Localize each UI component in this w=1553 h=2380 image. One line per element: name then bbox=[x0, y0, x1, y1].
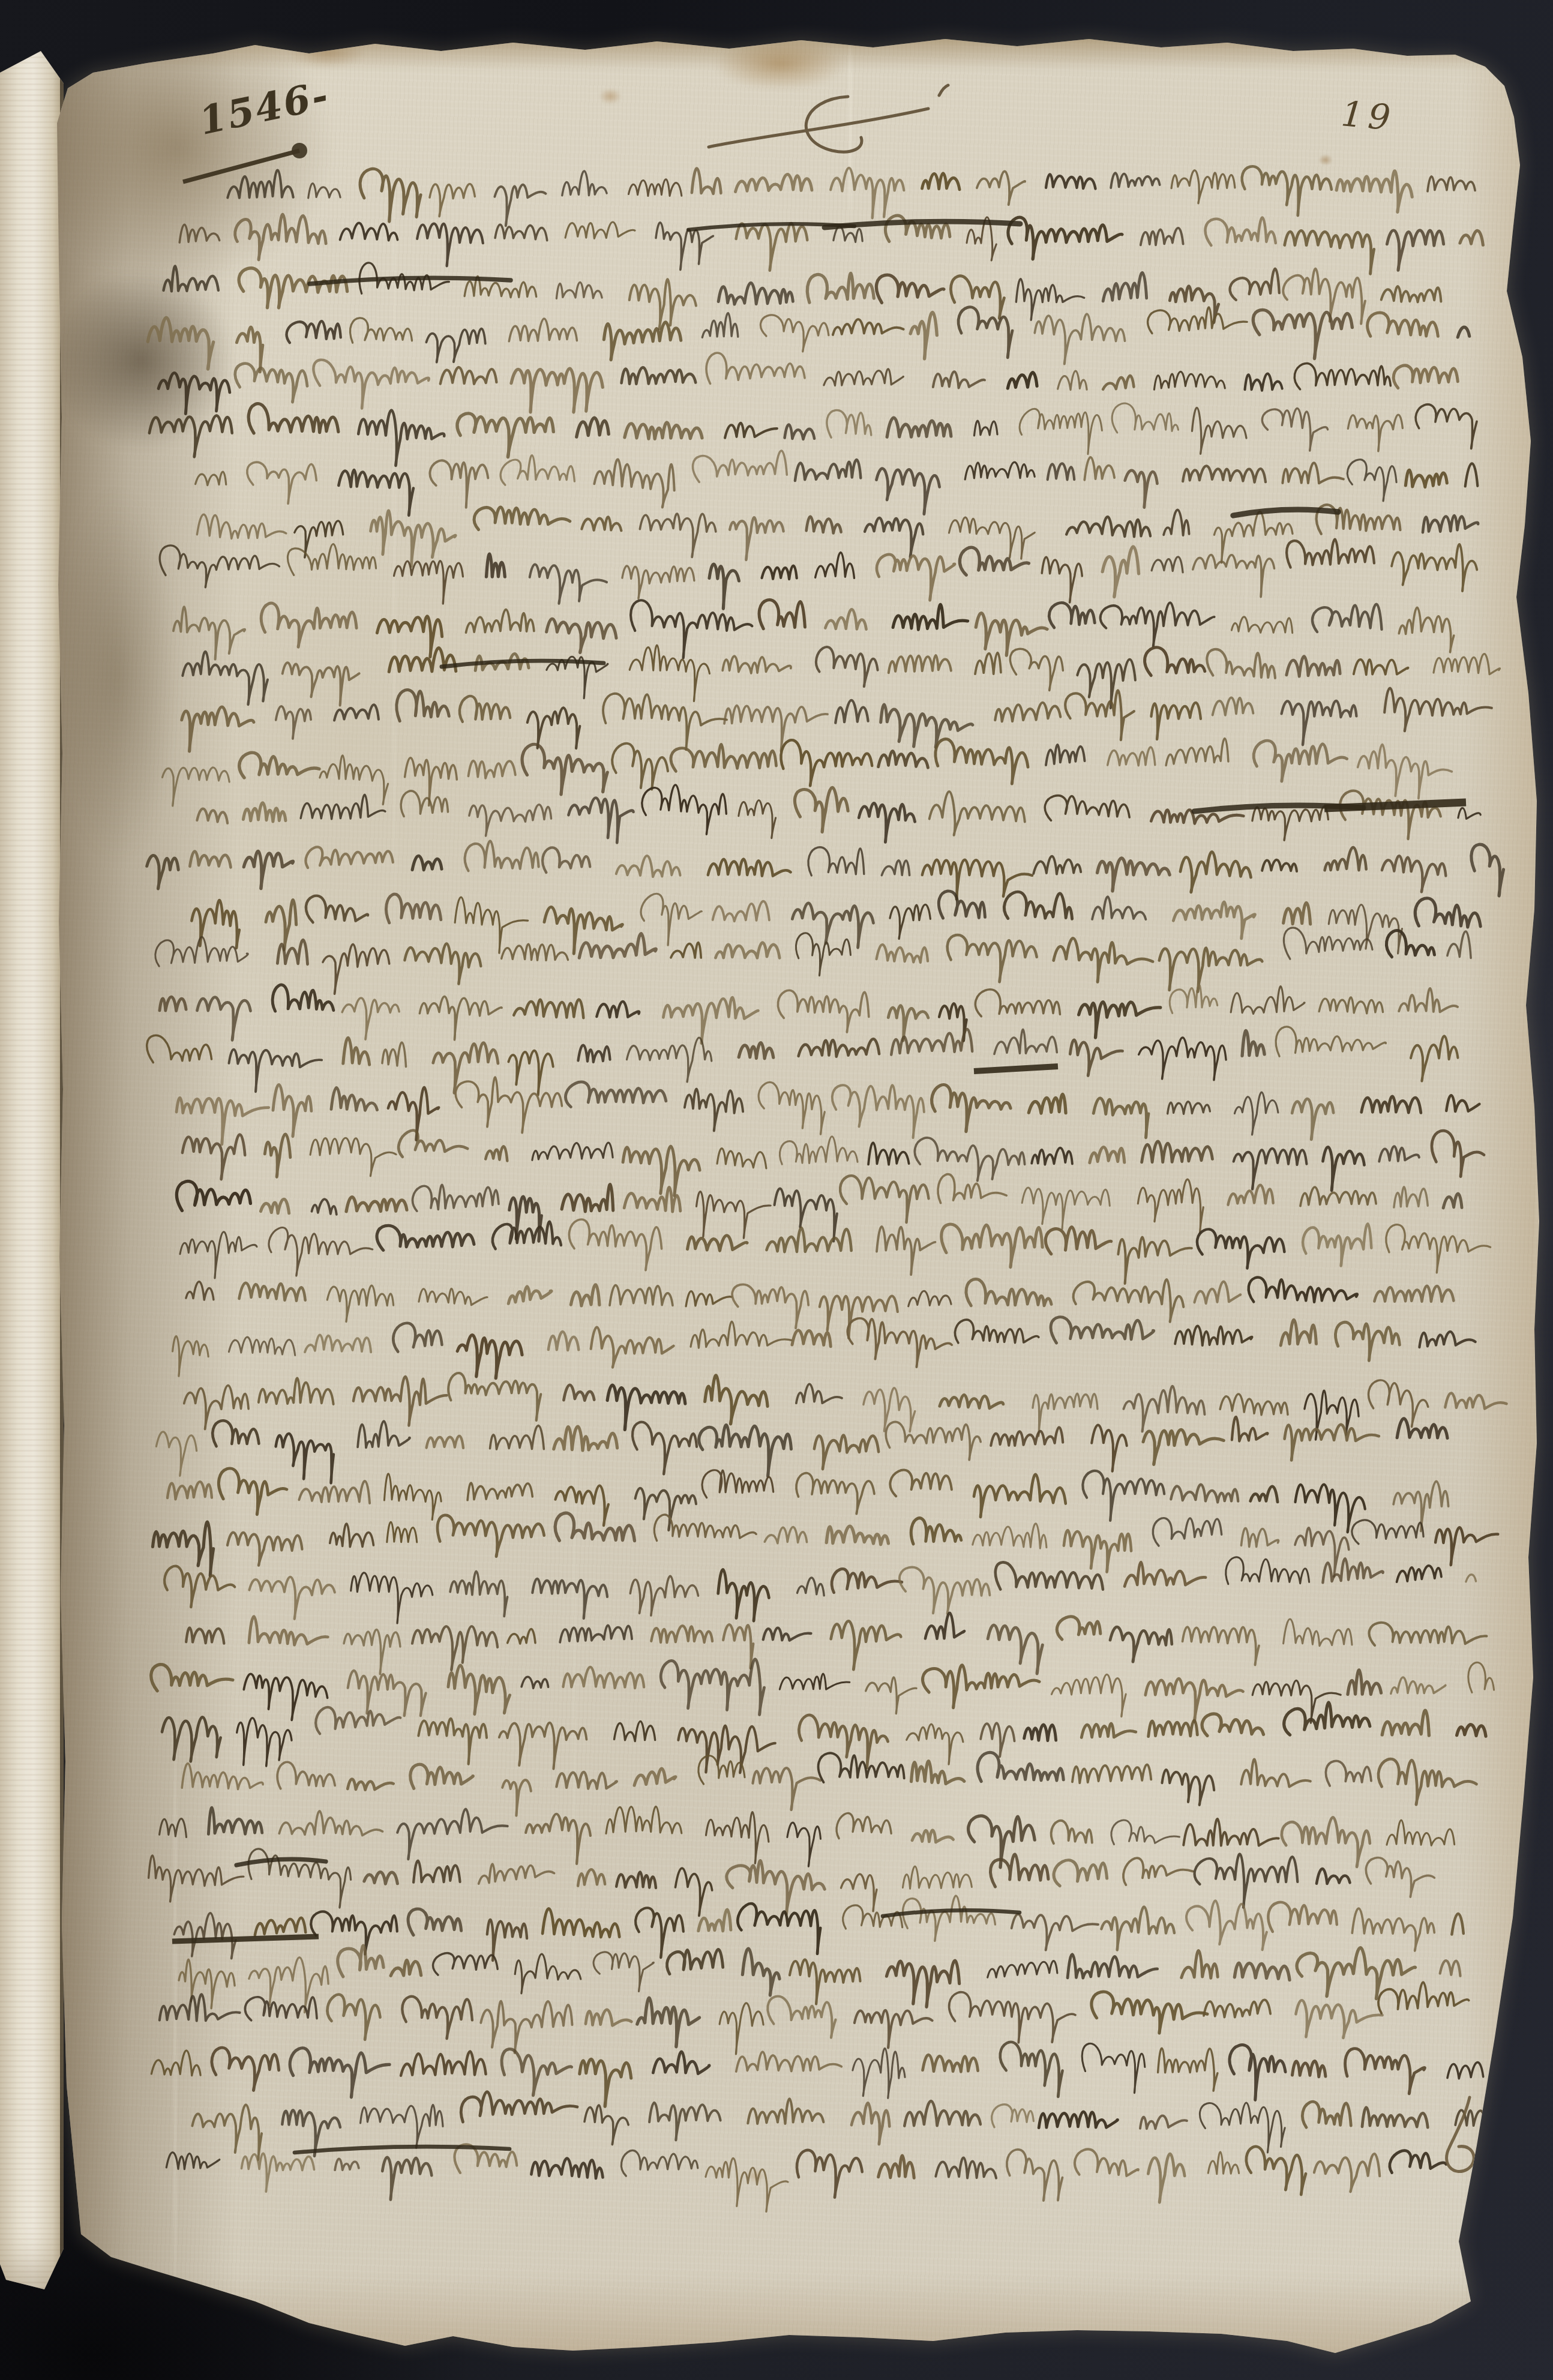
ink-stroke bbox=[586, 2010, 631, 2025]
ink-stroke bbox=[460, 696, 510, 722]
ink-stroke bbox=[718, 1569, 769, 1620]
ink-stroke bbox=[183, 151, 299, 182]
ink-stroke bbox=[1348, 415, 1402, 451]
ink-stroke bbox=[877, 469, 940, 514]
ink-stroke bbox=[760, 315, 828, 352]
ink-stroke bbox=[692, 451, 787, 482]
ink-stroke bbox=[1180, 852, 1251, 892]
ink-stroke bbox=[174, 1913, 236, 1959]
ink-stroke bbox=[1241, 1759, 1310, 1787]
ink-stroke bbox=[1046, 175, 1095, 189]
ink-stroke bbox=[584, 2105, 628, 2145]
ink-stroke bbox=[1010, 649, 1063, 690]
ink-stroke bbox=[641, 894, 701, 945]
ink-stroke bbox=[387, 1522, 417, 1542]
ink-stroke bbox=[1083, 1471, 1164, 1521]
ink-stroke bbox=[1173, 902, 1255, 939]
ink-stroke bbox=[330, 1524, 374, 1546]
ink-stroke bbox=[1058, 371, 1087, 390]
ink-stroke bbox=[565, 222, 635, 238]
ink-stroke bbox=[565, 1082, 665, 1107]
ink-stroke bbox=[182, 1764, 263, 1790]
ink-stroke bbox=[936, 739, 1028, 784]
ink-stroke bbox=[688, 1236, 747, 1251]
ink-stroke bbox=[1066, 517, 1150, 536]
ink-stroke bbox=[1154, 371, 1225, 389]
ink-stroke bbox=[334, 705, 379, 720]
ink-stroke bbox=[1197, 1229, 1284, 1268]
manuscript-page-wrap: 1546- 19 bbox=[57, 33, 1539, 2367]
ink-stroke bbox=[1345, 2049, 1425, 2094]
ink-stroke bbox=[310, 1138, 396, 1176]
ink-stroke bbox=[925, 1613, 964, 1639]
ink-stroke bbox=[736, 2052, 842, 2072]
ink-stroke bbox=[1324, 802, 1466, 808]
ink-stroke bbox=[785, 425, 815, 439]
ink-stroke bbox=[1075, 2150, 1138, 2176]
ink-stroke bbox=[1384, 688, 1492, 732]
ink-stroke bbox=[514, 1000, 583, 1018]
ink-stroke bbox=[455, 897, 528, 953]
ink-stroke bbox=[852, 2103, 889, 2144]
ink-stroke bbox=[149, 1856, 244, 1902]
ink-stroke bbox=[1325, 847, 1366, 870]
ink-stroke bbox=[888, 1006, 928, 1041]
ink-stroke bbox=[808, 847, 864, 876]
ink-stroke bbox=[1358, 745, 1452, 799]
ink-stroke bbox=[847, 1318, 952, 1367]
ink-stroke bbox=[676, 1868, 712, 1916]
ink-stroke bbox=[1443, 1194, 1462, 1208]
ink-stroke bbox=[273, 1084, 311, 1136]
ink-stroke bbox=[299, 1481, 370, 1503]
ink-stroke bbox=[1445, 1393, 1506, 1408]
ink-stroke bbox=[1411, 1036, 1458, 1081]
ink-stroke bbox=[1033, 856, 1081, 874]
ink-stroke bbox=[893, 604, 968, 630]
ink-stroke bbox=[522, 744, 607, 795]
ink-stroke bbox=[1415, 898, 1480, 927]
ink-stroke bbox=[235, 214, 326, 260]
ink-stroke bbox=[495, 224, 547, 240]
ink-stroke bbox=[799, 1715, 888, 1768]
ink-stroke bbox=[606, 1806, 682, 1833]
ink-stroke bbox=[1287, 657, 1340, 676]
ink-stroke bbox=[208, 1808, 262, 1834]
ink-stroke bbox=[1419, 1332, 1475, 1347]
ink-stroke bbox=[1381, 286, 1441, 302]
ink-stroke bbox=[629, 645, 709, 701]
ink-stroke bbox=[397, 690, 449, 721]
ink-stroke bbox=[182, 1135, 245, 1179]
ink-stroke bbox=[807, 517, 841, 533]
ink-stroke bbox=[578, 1045, 610, 1062]
ink-stroke bbox=[1108, 747, 1155, 766]
ink-stroke bbox=[499, 1723, 587, 1769]
ink-stroke bbox=[938, 1174, 1006, 1203]
ink-stroke bbox=[632, 1422, 697, 1474]
ink-stroke bbox=[798, 1578, 825, 1596]
ink-stroke bbox=[433, 1043, 498, 1093]
ink-stroke bbox=[912, 1761, 964, 1784]
ink-stroke bbox=[182, 652, 268, 705]
ink-stroke bbox=[1202, 1714, 1263, 1735]
ink-stroke bbox=[882, 861, 909, 876]
ink-stroke bbox=[1068, 1955, 1158, 1979]
ink-stroke bbox=[1145, 648, 1205, 676]
ink-stroke bbox=[1293, 2061, 1326, 2076]
ink-stroke bbox=[1440, 1961, 1461, 1976]
ink-stroke bbox=[172, 1937, 319, 1941]
ink-stroke bbox=[327, 1995, 380, 2040]
ink-stroke bbox=[702, 1470, 773, 1498]
ink-stroke bbox=[1312, 604, 1381, 632]
ink-stroke bbox=[603, 694, 727, 750]
ink-stroke bbox=[1268, 1902, 1336, 1932]
ink-stroke bbox=[287, 321, 341, 343]
ink-stroke bbox=[922, 173, 960, 190]
ink-stroke bbox=[995, 703, 1060, 721]
ink-stroke bbox=[358, 1421, 410, 1447]
ink-stroke bbox=[796, 933, 850, 976]
ink-stroke bbox=[386, 894, 440, 923]
ink-stroke bbox=[763, 1628, 811, 1641]
ink-stroke bbox=[1300, 1187, 1376, 1206]
ink-stroke bbox=[388, 1087, 439, 1140]
ink-stroke bbox=[1032, 1148, 1072, 1165]
ink-stroke bbox=[249, 1617, 328, 1645]
ink-stroke bbox=[727, 1860, 825, 1914]
ink-stroke bbox=[1101, 603, 1215, 646]
ink-stroke bbox=[716, 943, 780, 958]
ink-stroke bbox=[1065, 690, 1134, 740]
ink-stroke bbox=[1292, 1099, 1333, 1140]
ink-stroke bbox=[1276, 1027, 1386, 1056]
ink-stroke bbox=[1192, 407, 1247, 454]
ink-stroke bbox=[1186, 1901, 1267, 1950]
ink-stroke bbox=[1125, 1562, 1206, 1586]
ink-stroke bbox=[1254, 741, 1347, 781]
ink-stroke bbox=[1340, 791, 1441, 839]
ink-stroke bbox=[1052, 1674, 1126, 1716]
ink-stroke bbox=[686, 1291, 731, 1306]
ink-stroke bbox=[1024, 1725, 1056, 1741]
ink-stroke bbox=[1252, 807, 1329, 840]
ink-stroke bbox=[350, 318, 412, 343]
ink-stroke bbox=[709, 85, 948, 152]
ink-stroke bbox=[991, 1427, 1063, 1445]
ink-stroke bbox=[1457, 1725, 1486, 1736]
ink-stroke bbox=[405, 758, 457, 806]
ink-stroke bbox=[1393, 365, 1458, 388]
ink-stroke bbox=[562, 1185, 613, 1212]
ink-stroke bbox=[455, 1077, 562, 1133]
ink-stroke bbox=[732, 1284, 808, 1328]
ink-stroke bbox=[1112, 403, 1178, 433]
ink-stroke bbox=[1170, 984, 1218, 1013]
ink-stroke bbox=[401, 2051, 485, 2075]
ink-stroke bbox=[323, 944, 389, 994]
ink-stroke bbox=[148, 317, 213, 369]
ink-stroke bbox=[371, 511, 456, 566]
ink-stroke bbox=[320, 756, 388, 805]
ink-stroke bbox=[795, 787, 848, 832]
ink-stroke bbox=[933, 371, 985, 388]
ink-stroke bbox=[1297, 1948, 1415, 1999]
ink-stroke bbox=[958, 307, 1012, 358]
ink-stroke bbox=[1397, 1566, 1441, 1582]
ink-stroke bbox=[832, 1085, 924, 1138]
ink-stroke bbox=[1123, 1386, 1204, 1432]
ink-stroke bbox=[265, 1134, 290, 1177]
ink-stroke bbox=[1468, 1662, 1494, 1692]
ink-stroke bbox=[338, 470, 413, 515]
ink-stroke bbox=[988, 1625, 1042, 1674]
ink-stroke bbox=[1347, 460, 1396, 501]
ink-stroke bbox=[239, 753, 319, 778]
ink-stroke bbox=[900, 1567, 990, 1614]
ink-stroke bbox=[361, 2105, 443, 2148]
ink-stroke bbox=[1152, 557, 1183, 572]
ink-stroke bbox=[1335, 1322, 1399, 1360]
ink-stroke bbox=[866, 1677, 916, 1714]
ink-stroke bbox=[1146, 1678, 1243, 1722]
ink-stroke bbox=[625, 422, 702, 439]
ink-stroke bbox=[244, 851, 293, 888]
ink-stroke bbox=[1251, 1486, 1278, 1502]
ink-stroke bbox=[642, 785, 726, 834]
ink-stroke bbox=[787, 1823, 821, 1866]
ink-stroke bbox=[624, 1187, 680, 1212]
ink-stroke bbox=[631, 600, 752, 658]
ink-stroke bbox=[521, 1677, 548, 1688]
ink-stroke bbox=[1152, 703, 1201, 739]
ink-stroke bbox=[767, 1228, 852, 1252]
ink-stroke bbox=[778, 990, 868, 1032]
ink-stroke bbox=[622, 566, 694, 598]
ink-stroke bbox=[335, 2159, 359, 2170]
ink-stroke bbox=[1110, 1627, 1172, 1662]
ink-stroke bbox=[1262, 860, 1297, 871]
ink-stroke bbox=[713, 901, 769, 921]
ink-stroke bbox=[949, 1992, 1075, 2043]
ink-stroke bbox=[1205, 218, 1275, 245]
ink-stroke bbox=[1111, 173, 1159, 188]
ink-stroke bbox=[532, 1143, 613, 1160]
ink-stroke bbox=[1458, 808, 1480, 819]
ink-stroke bbox=[1246, 2147, 1306, 2195]
ink-stroke bbox=[548, 1332, 579, 1350]
ink-stroke bbox=[417, 224, 483, 266]
ink-stroke bbox=[859, 803, 915, 842]
ink-stroke bbox=[1374, 1286, 1453, 1302]
ink-stroke bbox=[621, 2150, 697, 2176]
ink-stroke bbox=[556, 1486, 608, 1525]
ink-stroke bbox=[1416, 404, 1477, 448]
photo-backdrop: 1546- 19 bbox=[0, 0, 1553, 2380]
ink-stroke bbox=[353, 1377, 447, 1425]
ink-stroke bbox=[466, 610, 534, 633]
ink-stroke bbox=[724, 706, 828, 751]
ink-stroke bbox=[758, 1082, 825, 1134]
ink-stroke bbox=[596, 1002, 639, 1017]
ink-stroke bbox=[269, 1228, 373, 1276]
ink-stroke bbox=[1020, 409, 1102, 454]
ink-stroke bbox=[555, 1513, 634, 1540]
ink-stroke bbox=[837, 1813, 891, 1838]
ink-stroke bbox=[465, 841, 539, 871]
ink-stroke bbox=[404, 943, 481, 984]
ink-stroke bbox=[1039, 2112, 1117, 2128]
ink-stroke bbox=[239, 1283, 305, 1301]
ink-stroke bbox=[1378, 1982, 1469, 2013]
ink-stroke bbox=[327, 1285, 393, 1321]
ink-stroke bbox=[283, 663, 359, 705]
ink-stroke bbox=[515, 1954, 581, 1994]
ink-stroke bbox=[911, 1518, 961, 1544]
ink-stroke bbox=[563, 1385, 594, 1401]
ink-stroke bbox=[186, 1628, 224, 1644]
ink-stroke bbox=[1230, 2045, 1285, 2100]
ink-stroke bbox=[635, 1488, 696, 1530]
ink-stroke bbox=[1046, 745, 1085, 765]
ink-stroke bbox=[1392, 544, 1477, 591]
ink-stroke bbox=[173, 1336, 209, 1377]
ink-stroke bbox=[781, 740, 872, 786]
ink-stroke bbox=[531, 2159, 602, 2178]
ink-stroke bbox=[663, 997, 758, 1043]
ink-stroke bbox=[767, 1997, 835, 2038]
ink-stroke bbox=[167, 1482, 212, 1499]
ink-stroke bbox=[887, 418, 951, 437]
ink-stroke bbox=[311, 1912, 397, 1955]
ink-stroke bbox=[780, 1674, 850, 1689]
ink-stroke bbox=[616, 856, 680, 877]
ink-stroke bbox=[831, 1621, 901, 1669]
ink-stroke bbox=[331, 1087, 377, 1110]
ink-stroke bbox=[1093, 1098, 1149, 1138]
ink-stroke bbox=[197, 809, 227, 823]
ink-stroke bbox=[277, 940, 307, 964]
ink-stroke bbox=[162, 1717, 221, 1761]
ink-stroke bbox=[1336, 171, 1412, 212]
ink-stroke bbox=[930, 792, 1025, 835]
ink-stroke bbox=[532, 1579, 607, 1618]
ink-stroke bbox=[235, 364, 307, 402]
ink-stroke bbox=[259, 1378, 334, 1404]
ink-stroke bbox=[1234, 1149, 1307, 1189]
ink-stroke bbox=[886, 1422, 981, 1459]
ink-stroke bbox=[164, 1566, 235, 1607]
ink-stroke bbox=[1153, 1518, 1221, 1546]
ink-stroke bbox=[1242, 1031, 1264, 1056]
manuscript-page: 1546- 19 bbox=[57, 33, 1539, 2367]
ink-stroke bbox=[418, 1719, 487, 1764]
ink-stroke bbox=[1465, 463, 1478, 486]
ink-stroke bbox=[797, 2150, 862, 2198]
ink-stroke bbox=[796, 1384, 842, 1403]
ink-stroke bbox=[1423, 515, 1478, 532]
ink-stroke bbox=[1140, 2115, 1187, 2129]
ink-stroke bbox=[1323, 1558, 1383, 1582]
ink-stroke bbox=[556, 282, 602, 298]
ink-stroke bbox=[1242, 166, 1332, 215]
ink-stroke bbox=[833, 319, 904, 335]
ink-stroke bbox=[469, 761, 515, 778]
ink-stroke bbox=[500, 455, 574, 485]
ink-stroke bbox=[796, 1473, 874, 1514]
ink-stroke bbox=[1471, 844, 1504, 896]
ink-stroke bbox=[1314, 2154, 1380, 2192]
ink-stroke bbox=[1390, 2151, 1446, 2173]
ink-stroke bbox=[227, 1533, 302, 1566]
ink-stroke bbox=[1253, 310, 1352, 358]
ink-stroke bbox=[629, 179, 682, 196]
ink-stroke bbox=[160, 997, 186, 1011]
ink-stroke bbox=[1249, 1278, 1357, 1302]
ink-stroke bbox=[691, 1321, 792, 1348]
ink-stroke bbox=[243, 803, 285, 822]
ink-stroke bbox=[889, 655, 951, 673]
ink-stroke bbox=[351, 1573, 433, 1623]
ink-stroke bbox=[816, 647, 878, 687]
ink-stroke bbox=[820, 1296, 898, 1338]
ink-stroke bbox=[973, 1524, 1047, 1548]
ink-stroke bbox=[955, 1320, 1039, 1343]
ink-stroke bbox=[994, 1030, 1057, 1054]
ink-stroke bbox=[1092, 1425, 1127, 1471]
ink-stroke bbox=[702, 313, 738, 338]
ink-stroke bbox=[344, 1629, 400, 1674]
ink-stroke bbox=[1183, 1627, 1259, 1665]
ink-stroke bbox=[469, 805, 551, 836]
ink-stroke bbox=[1200, 2103, 1285, 2153]
ink-stroke bbox=[305, 1335, 371, 1352]
ink-stroke bbox=[1022, 1188, 1110, 1229]
ink-stroke bbox=[179, 1959, 235, 2009]
ink-stroke bbox=[1382, 856, 1446, 892]
ink-stroke bbox=[739, 800, 776, 838]
ink-stroke bbox=[1092, 897, 1146, 919]
ink-stroke bbox=[814, 1435, 879, 1469]
ink-stroke bbox=[1074, 1279, 1184, 1322]
ink-stroke bbox=[759, 600, 805, 629]
ink-stroke bbox=[197, 997, 251, 1041]
ink-stroke bbox=[876, 275, 943, 302]
ink-stroke bbox=[1007, 2150, 1063, 2201]
ink-stroke bbox=[1296, 2000, 1382, 2038]
ink-stroke bbox=[493, 1222, 561, 1249]
ink-stroke bbox=[382, 1042, 406, 1067]
ink-stroke bbox=[490, 1426, 544, 1449]
ink-stroke bbox=[581, 517, 621, 530]
ink-stroke bbox=[1193, 555, 1275, 597]
ink-blob bbox=[292, 143, 307, 158]
ink-stroke bbox=[511, 368, 602, 412]
ink-stroke bbox=[637, 1998, 700, 2046]
ink-stroke bbox=[974, 1474, 1066, 1517]
handwriting-lines bbox=[57, 33, 1539, 2367]
ink-stroke bbox=[1148, 2154, 1185, 2202]
ink-stroke bbox=[255, 1918, 305, 1935]
ink-stroke bbox=[1368, 313, 1438, 336]
ink-stroke bbox=[487, 1920, 527, 1961]
ink-stroke bbox=[1183, 1819, 1278, 1846]
ink-stroke bbox=[1399, 607, 1454, 652]
ink-stroke bbox=[419, 1288, 487, 1305]
ink-stroke bbox=[410, 1764, 473, 1788]
ink-stroke bbox=[996, 1562, 1103, 1589]
